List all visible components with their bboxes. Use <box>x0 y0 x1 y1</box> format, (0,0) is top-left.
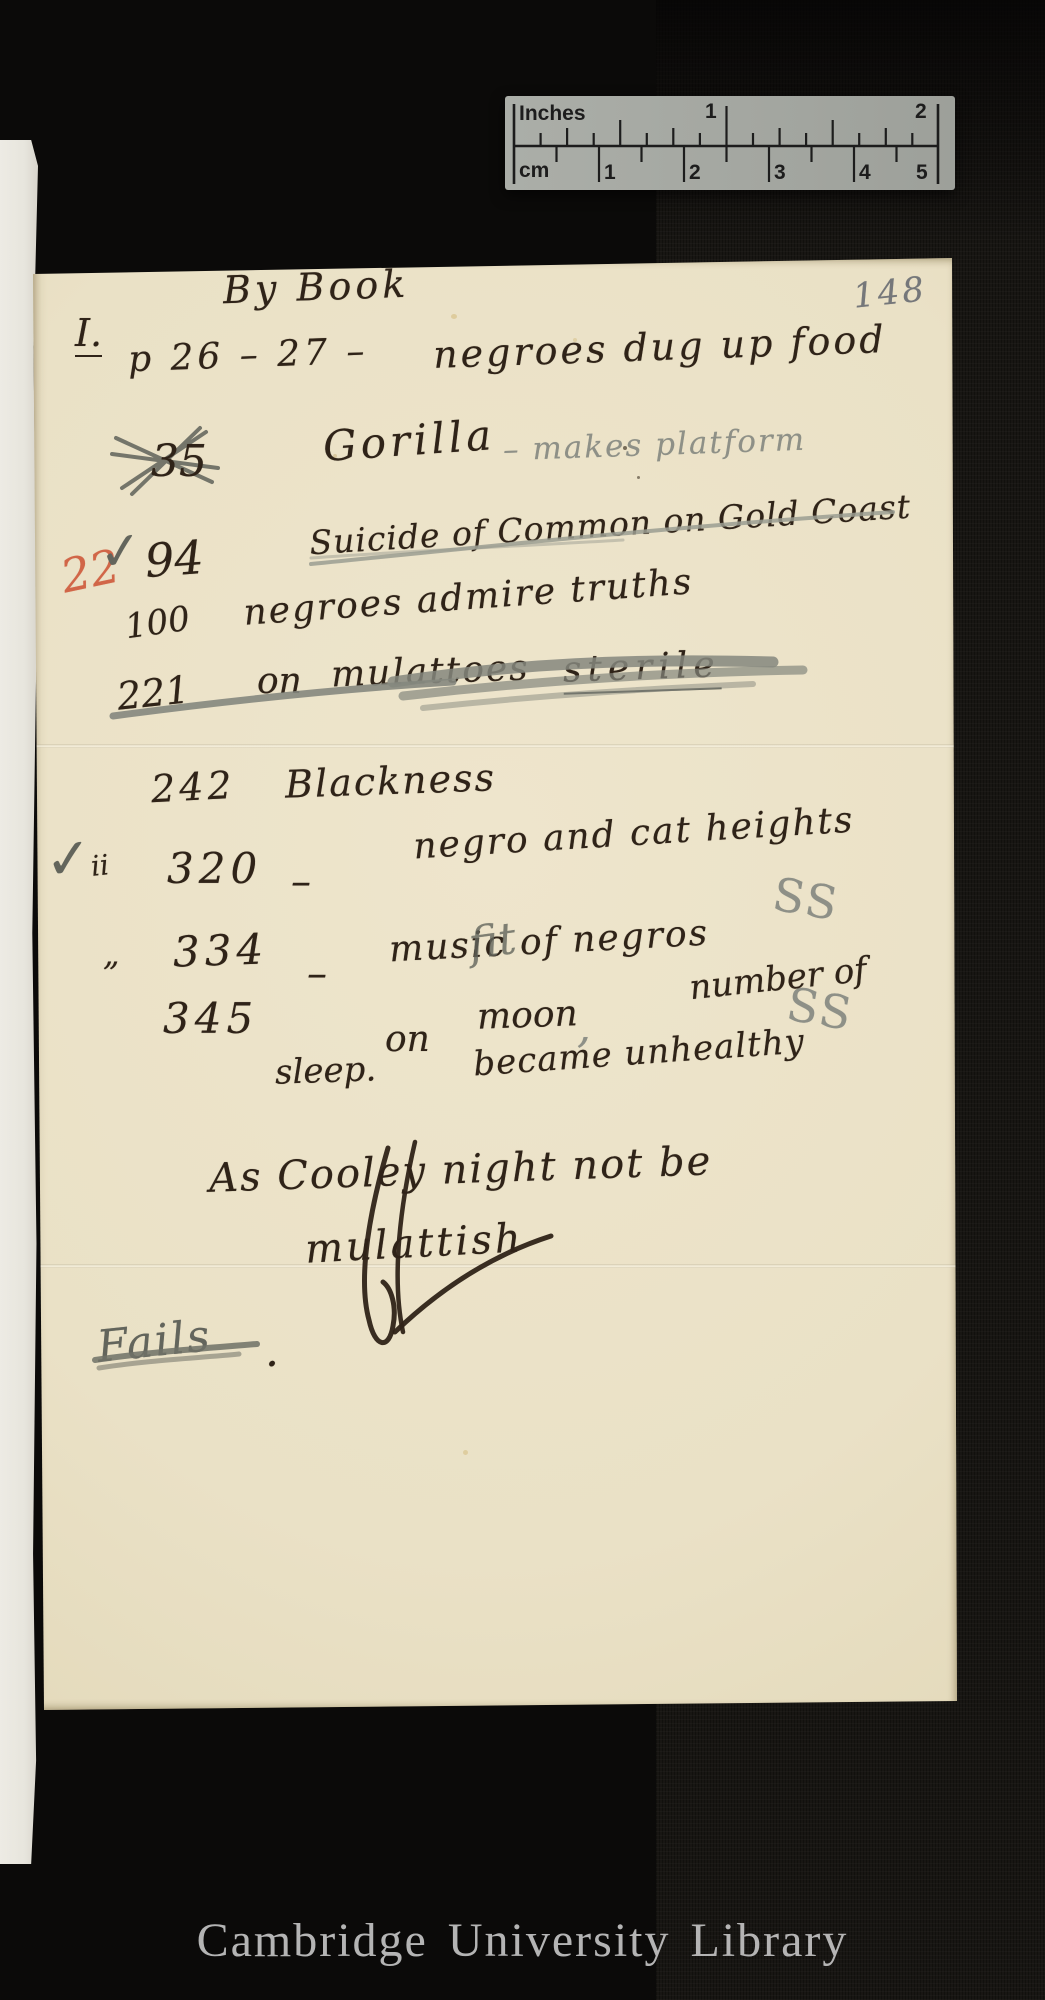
pin-hole <box>637 476 640 479</box>
ruler-cm-number: 3 <box>774 162 786 183</box>
strike-line <box>303 506 903 572</box>
entry-pages: p 26 – 27 – <box>127 334 369 378</box>
entry-number: 94 <box>143 534 205 584</box>
entry-number: 320 <box>167 848 262 890</box>
entry-number: 242 <box>150 766 236 808</box>
facing-page-edge <box>0 140 38 1864</box>
dot-mark: . <box>265 1330 279 1374</box>
strike-line <box>89 1334 269 1380</box>
entry-text: negroes dug up food <box>432 320 887 374</box>
heavy-strike <box>93 648 853 728</box>
ruler-inch-number: 2 <box>915 101 927 122</box>
section-mark: I. <box>75 314 102 357</box>
entry-text: Gorilla <box>322 414 497 468</box>
entry-text: Blackness <box>284 758 496 803</box>
entry-number: 345 <box>163 998 258 1040</box>
fold-crease <box>33 744 957 748</box>
dash-mark: – <box>291 862 311 902</box>
entry-text: sleep. <box>274 1052 376 1090</box>
cross-out <box>283 1136 613 1366</box>
entry-text: negroes admire truths <box>242 564 694 631</box>
ruler-cm-number: 5 <box>916 162 928 183</box>
ruler-inch-number: 1 <box>705 101 717 122</box>
page-header: By Book <box>222 265 409 309</box>
ruler-label-inches: Inches <box>519 103 586 124</box>
entry-number: 100 <box>123 602 192 645</box>
margin-mark: „ <box>103 938 120 970</box>
pencil-note: – makes platform <box>503 425 807 467</box>
manuscript-page: By Book 148 I. p 26 – 27 – negroes dug u… <box>33 258 957 1710</box>
entry-word: on <box>385 1022 430 1058</box>
ruler-label-cm: cm <box>519 160 549 181</box>
margin-mark: ii <box>90 851 111 881</box>
ruler-cm-number: 1 <box>604 162 616 183</box>
entry-number: 35 <box>151 440 207 484</box>
entry-text: music of negros <box>388 916 710 969</box>
side-mark: SS <box>770 871 843 928</box>
ruler-cm-number: 4 <box>859 162 871 183</box>
check-mark: ✓ <box>43 830 94 889</box>
watermark-text: Cambridge University Library <box>0 1912 1045 1970</box>
entry-number: 334 <box>172 928 269 973</box>
dash-mark: – <box>307 954 327 994</box>
fox-spot <box>463 1450 468 1455</box>
folio-number: 148 <box>851 272 928 314</box>
fox-spot <box>451 314 457 319</box>
entry-text: negro and cat heights <box>412 803 855 866</box>
check-mark: ✓ <box>96 524 145 580</box>
ruler-cm-number: 2 <box>689 162 701 183</box>
pencil-overlay: fit <box>466 917 519 967</box>
ruler-scale-bar: Inches cm 1 2 1 2 3 4 5 <box>505 96 955 190</box>
entry-text: moon <box>476 996 578 1035</box>
